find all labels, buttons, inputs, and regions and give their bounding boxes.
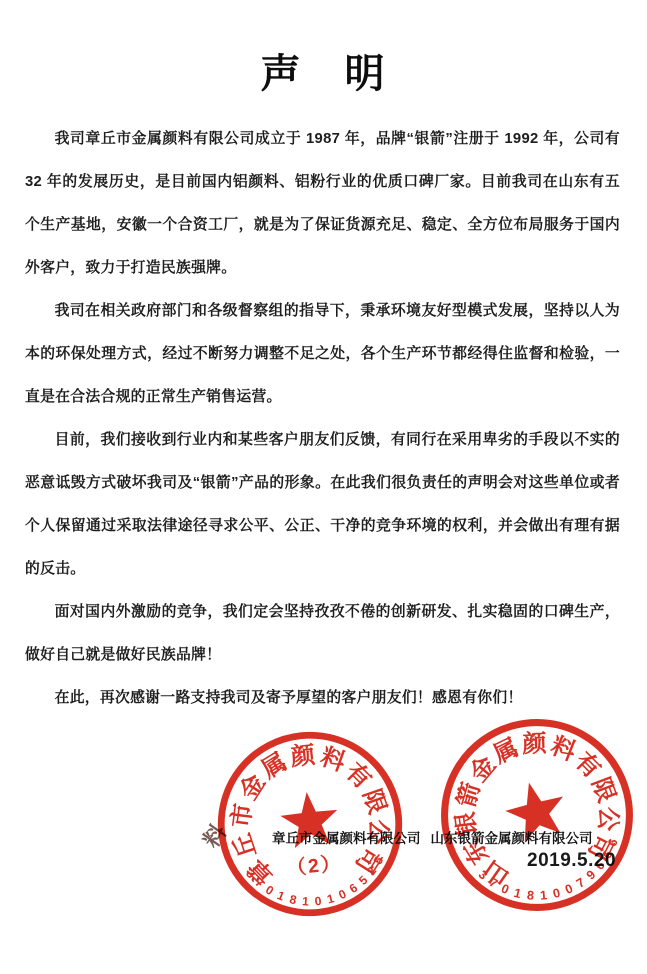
statement-body: 我司章丘市金属颜料有限公司成立于 1987 年，品牌“银箭”注册于 1992 年… (25, 118, 620, 720)
seal-company-char: 颜 (522, 729, 548, 758)
seal-serial-digit: 1 (275, 888, 287, 904)
seal-serial-digit: 1 (540, 888, 548, 903)
seal-company-char: 限 (357, 786, 390, 818)
seal-serial-digit: 0 (314, 894, 322, 909)
seal-company-char: 公 (363, 818, 393, 846)
star-icon (278, 789, 341, 849)
seal-zhangqiu-pigment-graphic: 章丘市金属颜料有限公司（2）3701810106525 (203, 717, 416, 930)
seal-company-char: 限 (586, 774, 620, 806)
seal-company-char: 银 (451, 810, 482, 838)
seal-serial-digit: 5 (356, 873, 371, 888)
seal-serial-digit: 9 (584, 868, 599, 883)
seal-company-char: 公 (593, 806, 621, 832)
seal-serial-digit: 1 (302, 894, 310, 908)
seal-serial-digit: 8 (526, 888, 534, 903)
seal-serial-digit: 6 (347, 881, 361, 897)
page-title: 声 明 (0, 50, 647, 98)
paragraph-company-intro: 我司章丘市金属颜料有限公司成立于 1987 年，品牌“银箭”注册于 1992 年… (25, 118, 620, 290)
seal-serial-digit: 8 (288, 892, 298, 907)
seal-sub-label: （2） (286, 851, 343, 880)
paragraph-compliance: 我司在相关政府部门和各级督察组的指导下，秉承环境友好型模式发展，坚持以人为本的环… (25, 290, 620, 419)
seal-company-char: 市 (228, 802, 258, 829)
star-icon (500, 775, 571, 844)
seal-serial-digit: 0 (336, 887, 348, 903)
document-page: 声 明 我司章丘市金属颜料有限公司成立于 1987 年，品牌“银箭”注册于 19… (0, 0, 647, 974)
official-seal-shandong: 山东银箭金属颜料有限公司3701810079666 (415, 693, 647, 938)
seal-shandong-yinjian-graphic: 山东银箭金属颜料有限公司3701810079666 (415, 693, 647, 938)
paragraph-legal-warning: 目前，我们接收到行业内和某些客户朋友们反馈，有同行在采用卑劣的手段以不实的恶意诋… (25, 419, 620, 591)
seal-serial-digit: 0 (563, 881, 575, 897)
seal-company-char: 颜 (289, 741, 317, 771)
seal-company-char: 属 (257, 748, 292, 784)
seal-serial-digit: 7 (574, 875, 587, 891)
seal-serial-digit: 0 (551, 886, 561, 901)
paragraph-commitment: 面对国内外激励的竞争，我们定会坚持孜孜不倦的创新研发、扎实稳固的口碑生产，做好自… (25, 591, 620, 677)
seal-company-char: 丘 (229, 830, 262, 862)
seal-serial-digit: 1 (325, 891, 335, 906)
seal-serial-digit: 1 (512, 886, 522, 901)
official-seal-zhangqiu: 章丘市金属颜料有限公司（2）3701810106525 (203, 717, 416, 930)
